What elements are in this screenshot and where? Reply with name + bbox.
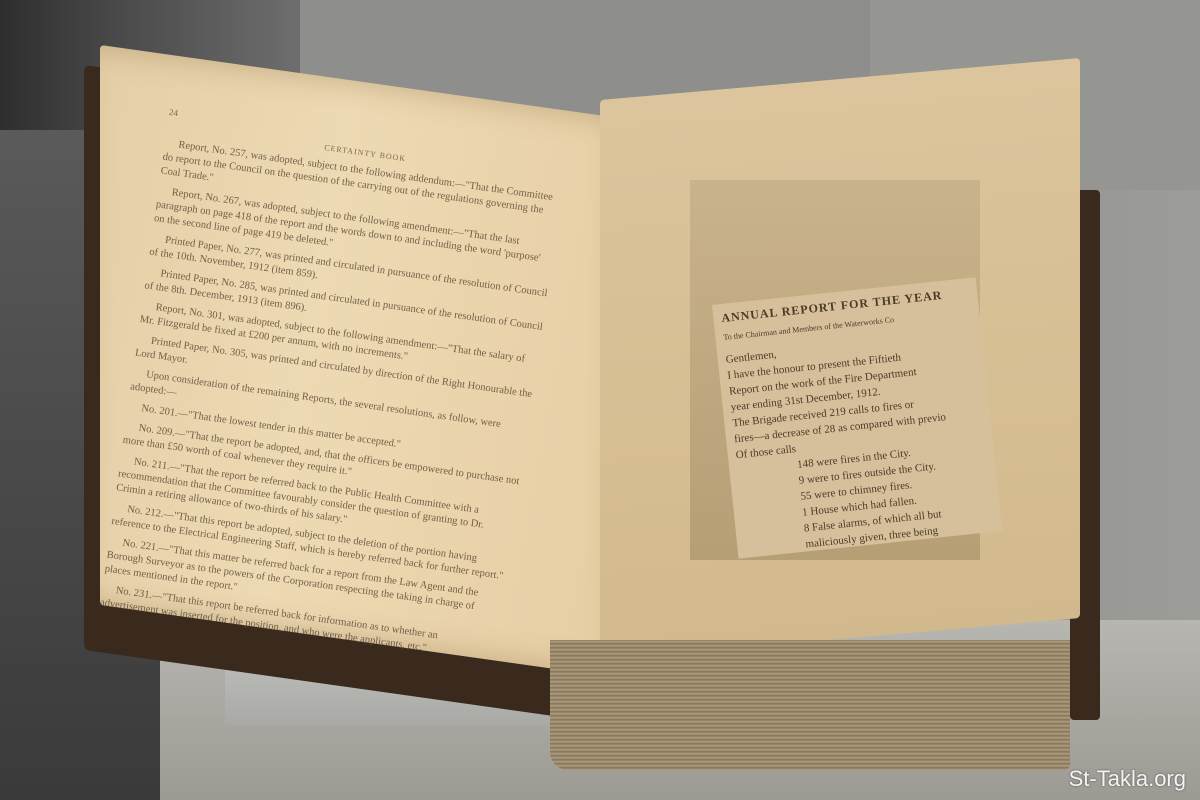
left-page-text: 24 CERTAINTY BOOK Report, No. 257, was a… xyxy=(98,105,566,672)
page-edges xyxy=(550,640,1070,770)
hollow-inner-page: ANNUAL REPORT FOR THE YEAR To the Chairm… xyxy=(712,277,1002,558)
watermark: St-Takla.org xyxy=(1069,766,1186,792)
